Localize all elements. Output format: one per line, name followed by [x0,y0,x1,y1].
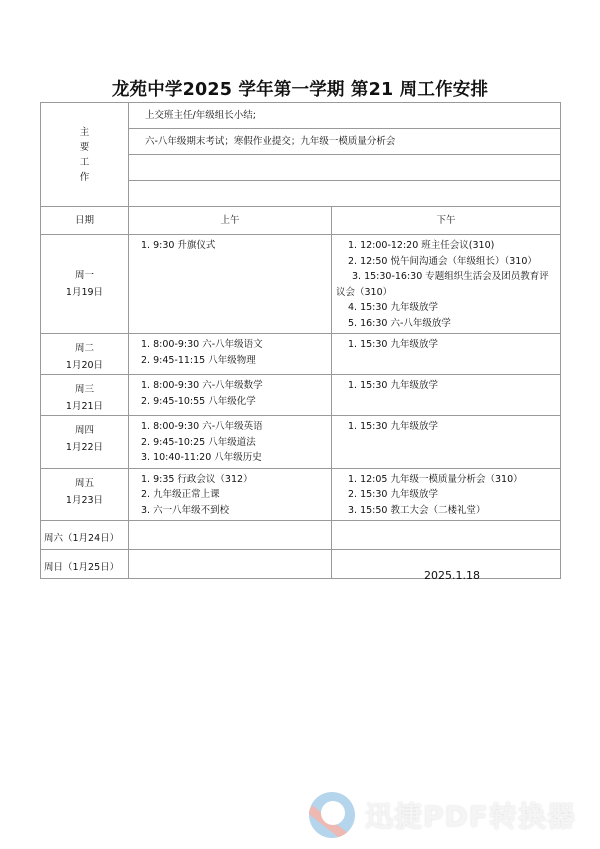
pm-item: 3. 15:30-16:30 专题组织生活会及团员教育评议会（310） [332,269,554,300]
day-date: 1月20日 [41,357,128,374]
pm-cell: 1. 15:30 九年级放学 [332,375,561,416]
am-item: 3. 六一八年级不到校 [141,503,325,519]
schedule-header-row: 日期 上午 下午 [41,207,561,235]
weekday: 周一 [41,267,128,284]
am-item: 3. 10:40-11:20 八年级历史 [141,450,325,466]
pm-item: 1. 15:30 九年级放学 [344,337,554,353]
watermark-text: 迅捷PDF转换器 [365,795,576,835]
pm-cell [332,521,561,550]
weekday: 周二 [41,340,128,357]
weekend-label: 周日（1月25日） [41,550,129,579]
day-row-tuesday: 周二 1月20日 1. 8:00-9:30 六-八年级语文 2. 9:45-11… [41,334,561,375]
day-cell: 周三 1月21日 [41,375,129,416]
pm-item: 5. 16:30 六-八年级放学 [344,316,554,332]
am-item: 1. 8:00-9:30 六-八年级英语 [141,419,325,435]
main-work-item: 上交班主任/年级组长小结; [129,103,561,129]
am-cell: 1. 9:35 行政会议（312） 2. 九年级正常上课 3. 六一八年级不到校 [129,468,332,521]
day-row-thursday: 周四 1月22日 1. 8:00-9:30 六-八年级英语 2. 9:45-10… [41,416,561,469]
pm-item: 1. 15:30 九年级放学 [344,378,554,394]
main-work-item: 六-八年级期末考试；寒假作业提交；九年级一模质量分析会 [129,129,561,155]
pm-item: 3. 15:50 教工大会（二楼礼堂） [344,503,554,519]
day-cell: 周四 1月22日 [41,416,129,469]
day-cell: 周二 1月20日 [41,334,129,375]
pm-item: 4. 15:30 九年级放学 [344,300,554,316]
day-date: 1月19日 [41,284,128,301]
am-item: 1. 8:00-9:30 六-八年级数学 [141,378,325,394]
day-row-monday: 周一 1月19日 1. 9:30 升旗仪式 1. 12:00-12:20 班主任… [41,235,561,334]
pm-item: 1. 12:00-12:20 班主任会议(310) [344,238,554,254]
weekend-label: 周六（1月24日） [41,521,129,550]
am-item: 1. 9:35 行政会议（312） [141,472,325,488]
pm-cell: 1. 12:05 九年级一模质量分析会（310） 2. 15:30 九年级放学 … [332,468,561,521]
pm-item: 2. 12:50 悦午间沟通会（年级组长）（310） [344,254,554,270]
am-item: 2. 9:45-10:25 八年级道法 [141,435,325,451]
am-cell [129,521,332,550]
main-work-item [129,181,561,207]
am-item: 2. 九年级正常上课 [141,487,325,503]
day-date: 1月23日 [41,492,128,509]
am-item: 1. 8:00-9:30 六-八年级语文 [141,337,325,353]
pdf-converter-logo-icon [309,792,355,838]
day-date: 1月21日 [41,398,128,415]
pm-cell: 1. 15:30 九年级放学 [332,416,561,469]
main-work-char: 作 [41,170,128,185]
day-cell: 周五 1月23日 [41,468,129,521]
am-cell: 1. 9:30 升旗仪式 [129,235,332,334]
am-cell: 1. 8:00-9:30 六-八年级英语 2. 9:45-10:25 八年级道法… [129,416,332,469]
weekday: 周五 [41,475,128,492]
day-row-wednesday: 周三 1月21日 1. 8:00-9:30 六-八年级数学 2. 9:45-10… [41,375,561,416]
main-work-item [129,155,561,181]
footer-date: 2025.1.18 [424,569,480,582]
am-item: 2. 9:45-10:55 八年级化学 [141,394,325,410]
pm-cell: 1. 12:00-12:20 班主任会议(310) 2. 12:50 悦午间沟通… [332,235,561,334]
day-cell: 周一 1月19日 [41,235,129,334]
day-row-friday: 周五 1月23日 1. 9:35 行政会议（312） 2. 九年级正常上课 3.… [41,468,561,521]
pm-item: 1. 15:30 九年级放学 [344,419,554,435]
main-work-char: 工 [41,155,128,170]
main-work-label: 主 要 工 作 [41,103,129,207]
day-row-sunday: 周日（1月25日） [41,550,561,579]
am-item: 1. 9:30 升旗仪式 [141,238,325,254]
header-am: 上午 [129,207,332,235]
am-cell: 1. 8:00-9:30 六-八年级数学 2. 9:45-10:55 八年级化学 [129,375,332,416]
main-work-char: 主 [41,125,128,140]
document-title: 龙苑中学2025 学年第一学期 第21 周工作安排 [0,76,600,101]
pm-item: 2. 15:30 九年级放学 [344,487,554,503]
header-date: 日期 [41,207,129,235]
day-row-saturday: 周六（1月24日） [41,521,561,550]
pm-item: 1. 12:05 九年级一模质量分析会（310） [344,472,554,488]
schedule-table: 主 要 工 作 上交班主任/年级组长小结; 六-八年级期末考试；寒假作业提交；九… [40,102,561,579]
header-pm: 下午 [332,207,561,235]
main-work-char: 要 [41,140,128,155]
watermark: 迅捷PDF转换器 [309,785,576,845]
pm-cell: 1. 15:30 九年级放学 [332,334,561,375]
am-cell: 1. 8:00-9:30 六-八年级语文 2. 9:45-11:15 八年级物理 [129,334,332,375]
am-item: 2. 9:45-11:15 八年级物理 [141,353,325,369]
weekday: 周四 [41,422,128,439]
day-date: 1月22日 [41,439,128,456]
weekday: 周三 [41,381,128,398]
am-cell [129,550,332,579]
main-work-row: 主 要 工 作 上交班主任/年级组长小结; [41,103,561,129]
